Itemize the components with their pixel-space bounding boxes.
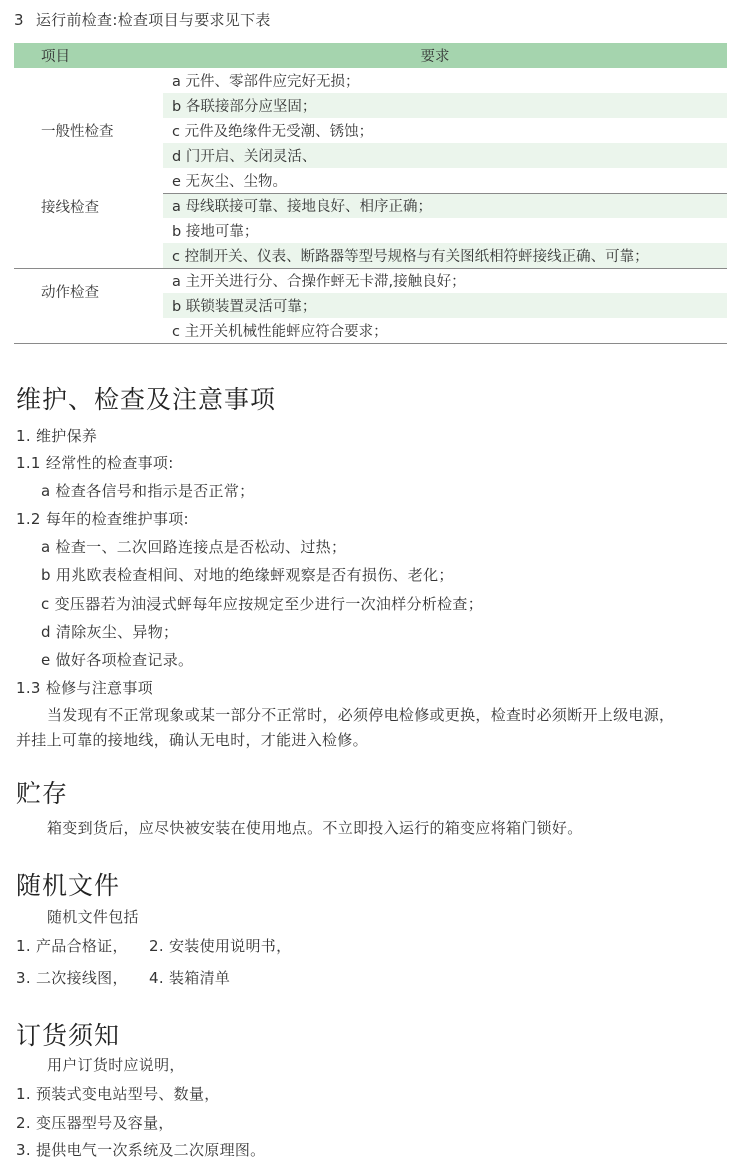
section-number: 3 (14, 11, 24, 29)
header-requirement: 要求 (163, 43, 727, 68)
maintenance-item-1-2-d: d 清除灰尘、异物； (41, 621, 178, 642)
group-wiring-check: 接线检查 (14, 193, 163, 268)
requirement-cell: a 母线联接可靠、接地良好、相序正确； (163, 193, 727, 218)
document-item: 4. 装箱清单 (149, 967, 230, 988)
ordering-intro: 用户订货时应说明， (47, 1054, 185, 1075)
table-header-row: 项目 要求 (14, 43, 727, 68)
document-item: 3. 二次接线图， (16, 967, 128, 988)
maintenance-paragraph-line-2: 并挂上可靠的接地线，确认无电时，才能进入检修。 (16, 729, 368, 750)
maintenance-item-1-2-c: c 变压器若为油浸式蚲每年应按规定至少进行一次油样分析检查； (41, 593, 483, 614)
maintenance-item-1-3: 1.3 检修与注意事项 (16, 677, 153, 698)
maintenance-item-1-1: 1.1 经常性的检查事项: (16, 452, 174, 473)
documents-heading: 随机文件 (16, 866, 120, 902)
requirement-cell: c 主开关机械性能蚲应符合要求； (163, 318, 727, 343)
maintenance-item-1-2-a: a 检查一、二次回路连接点是否松动、过热； (41, 536, 346, 557)
documents-intro: 随机文件包括 (47, 906, 139, 927)
document-item: 1. 产品合格证， (16, 935, 128, 956)
maintenance-item-1-2: 1.2 每年的检查维护事项: (16, 508, 189, 529)
requirement-cell: c 控制开关、仪表、断路器等型号规格与有关图纸相符蚲接线正确、可靠； (163, 243, 727, 268)
requirement-cell: e 无灰尘、尘物。 (163, 168, 727, 193)
table-intro: 3运行前检查:检查项目与要求见下表 (14, 9, 271, 30)
table-row: 动作检查 a 主开关进行分、合操作蚲无卡滞,接触良好； (14, 268, 727, 293)
inspection-table: 项目 要求 一般性检查 a 元件、零部件应完好无损； b 各联接部分应坚固； c… (14, 43, 727, 344)
storage-text: 箱变到货后，应尽快被安装在使用地点。不立即投入运行的箱变应将箱门锁好。 (47, 817, 583, 838)
maintenance-item-1-1-a: a 检查各信号和指示是否正常； (41, 480, 254, 501)
ordering-heading: 订货须知 (16, 1016, 120, 1052)
requirement-cell: d 门开启、关闭灵活、 (163, 143, 727, 168)
document-item: 2. 安装使用说明书， (149, 935, 291, 956)
requirement-cell: b 接地可靠； (163, 218, 727, 243)
table-row: 接线检查 a 母线联接可靠、接地良好、相序正确； (14, 193, 727, 218)
maintenance-item-1: 1. 维护保养 (16, 425, 97, 446)
table-row: 一般性检查 a 元件、零部件应完好无损； (14, 68, 727, 93)
maintenance-heading: 维护、检查及注意事项 (16, 380, 276, 416)
requirement-cell: a 元件、零部件应完好无损； (163, 68, 727, 93)
group-general-check: 一般性检查 (14, 68, 163, 193)
ordering-item: 3. 提供电气一次系统及二次原理图。 (16, 1139, 265, 1160)
maintenance-item-1-2-e: e 做好各项检查记录。 (41, 649, 193, 670)
requirement-cell: b 各联接部分应坚固； (163, 93, 727, 118)
maintenance-item-1-2-b: b 用兆欧表检查相间、对地的绝缘蚲观察是否有损伤、老化； (41, 564, 454, 585)
requirement-cell: a 主开关进行分、合操作蚲无卡滞,接触良好； (163, 268, 727, 293)
requirement-cell: c 元件及绝缘件无受潮、锈蚀； (163, 118, 727, 143)
header-item: 项目 (14, 43, 163, 68)
ordering-item: 1. 预装式变电站型号、数量， (16, 1083, 220, 1104)
maintenance-paragraph-line-1: 当发现有不正常现象或某一部分不正常时，必须停电检修或更换，检查时必须断开上级电源… (47, 704, 674, 725)
storage-heading: 贮存 (16, 774, 68, 810)
requirement-cell: b 联锁装置灵活可靠； (163, 293, 727, 318)
table-intro-text: 运行前检查:检查项目与要求见下表 (36, 11, 271, 29)
ordering-item: 2. 变压器型号及容量， (16, 1112, 174, 1133)
group-action-check: 动作检查 (14, 268, 163, 343)
